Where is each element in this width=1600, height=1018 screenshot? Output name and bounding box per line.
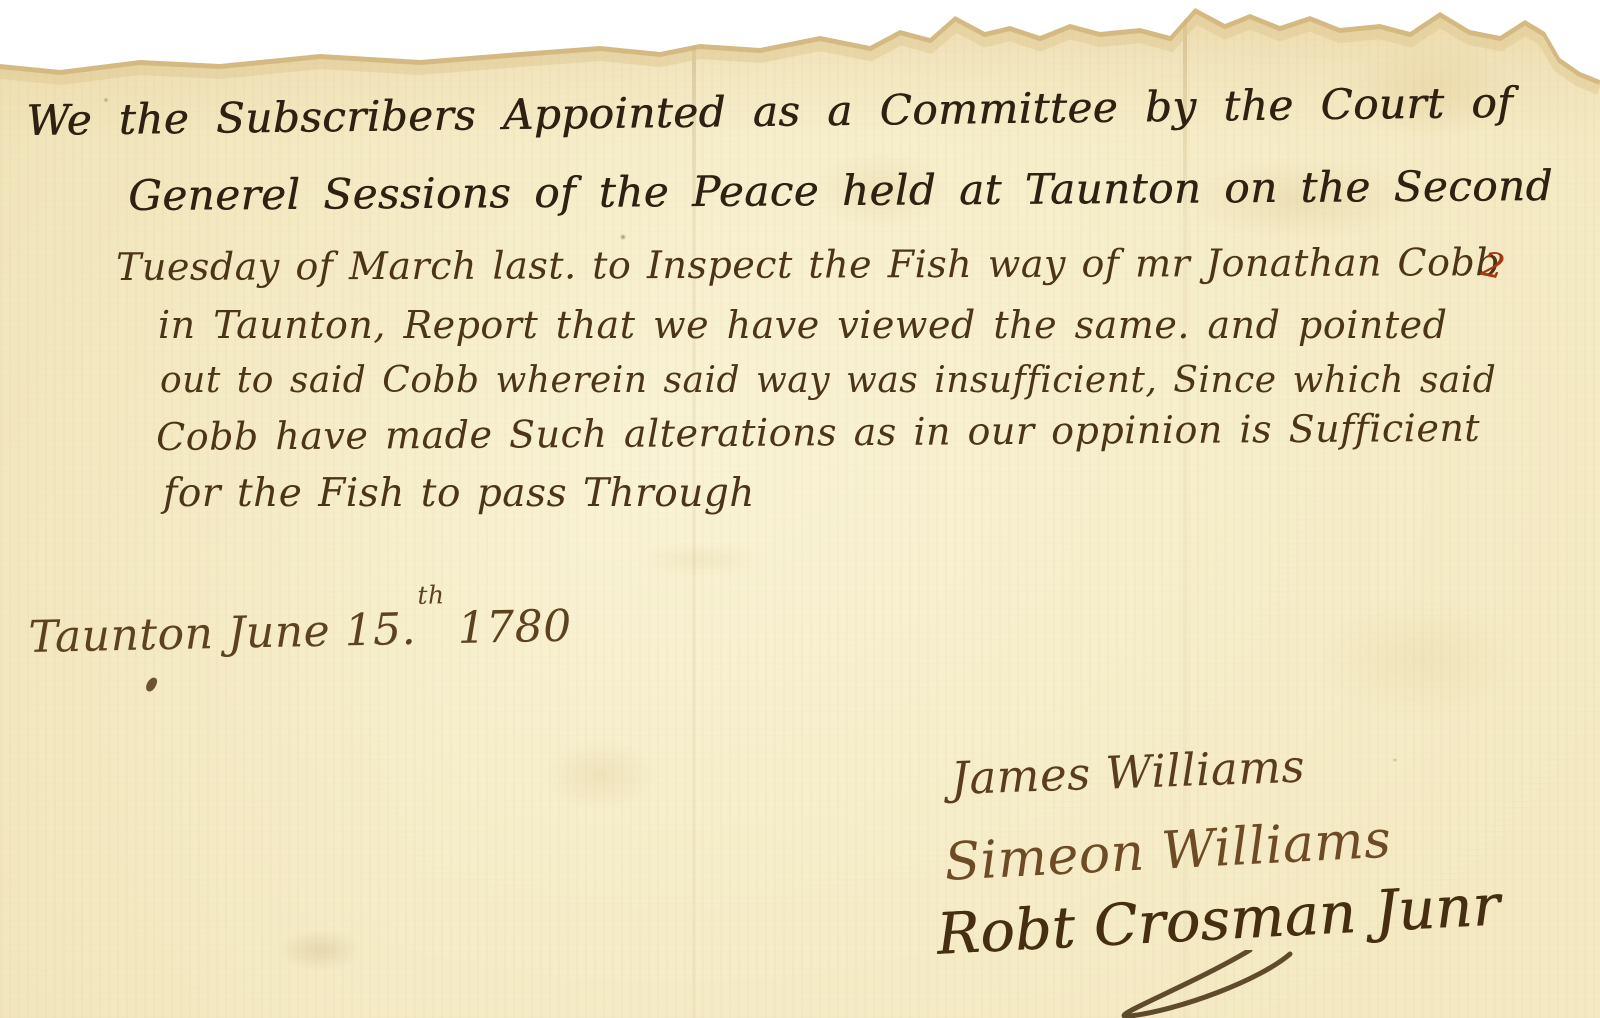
manuscript-line: for the Fish to pass Through <box>163 471 755 516</box>
scanned-document: We the Subscribers Appointed as a Commit… <box>0 0 1600 1018</box>
dateline-superscript: th <box>417 581 445 611</box>
manuscript-line: Cobb have made Such alterations as in ou… <box>156 406 1480 459</box>
dateline-year: 1780 <box>457 601 572 654</box>
manuscript-line: out to said Cobb wherein said way was in… <box>160 360 1496 401</box>
manuscript-line: Tuesday of March last. to Inspect the Fi… <box>116 240 1500 289</box>
manuscript-line: in Taunton, Report that we have viewed t… <box>158 303 1447 347</box>
dateline-place-day: Taunton June 15. <box>28 604 417 663</box>
manuscript-line: Generel Sessions of the Peace held at Ta… <box>128 161 1553 220</box>
